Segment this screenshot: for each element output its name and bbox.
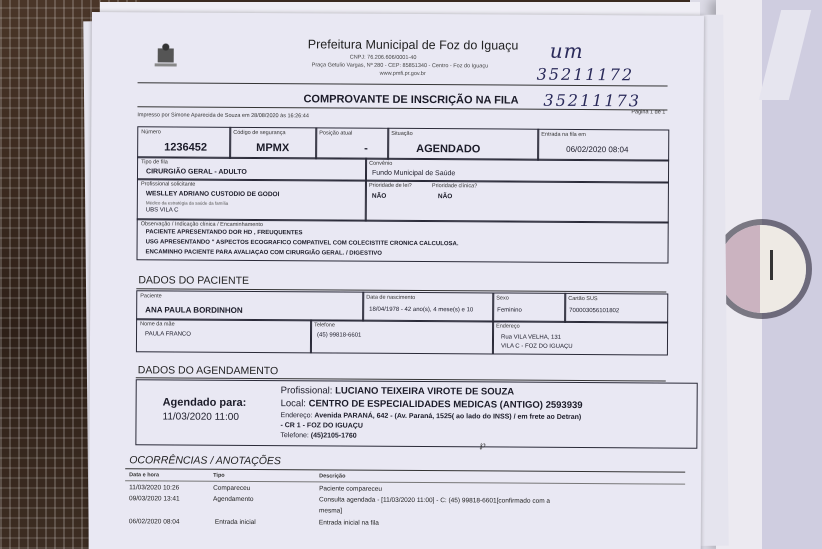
agendado-value: 11/03/2020 11:00 — [162, 411, 238, 422]
row-datetime: 09/03/2020 13:41 — [129, 495, 180, 502]
profissional-role: Médico da estratégia da saúde da família — [146, 200, 228, 206]
folder-slot — [770, 250, 773, 280]
occurrences-header-rule — [125, 480, 685, 484]
row-description: Consulta agendada - [11/03/2020 11:00] -… — [319, 496, 550, 504]
handwritten-note-3: 35211173 — [543, 91, 641, 111]
row-description: Paciente compareceu — [319, 485, 382, 492]
profissional-value: WESLLEY ADRIANO CUSTODIO DE GODOI — [146, 190, 280, 198]
city-crest-icon — [154, 37, 178, 69]
handwritten-note-2: 35211172 — [537, 65, 635, 85]
convenio-value: Fundo Municipal de Saúde — [372, 170, 455, 178]
telefone-value: (45) 99818-6601 — [317, 332, 361, 338]
numero-cell: Número 1236452 — [137, 126, 231, 159]
sched-telefone-value: (45)2105-1760 — [311, 432, 357, 439]
organization-address: Praça Getulio Vargas, Nº 280 - CEP: 8585… — [312, 62, 489, 69]
sched-profissional-label: Profissional: — [281, 385, 333, 396]
observacao-line: PACIENTE APRESENTANDO DOR HD , FREUQUENT… — [146, 229, 303, 236]
mae-label: Nome da mãe — [140, 321, 175, 327]
row-description: Entrada inicial na fila — [319, 519, 379, 526]
prioridade-lei-value: NÃO — [372, 193, 386, 200]
sched-local-value: CENTRO DE ESPECIALIDADES MEDICAS (ANTIGO… — [309, 398, 583, 411]
sched-profissional-value: LUCIANO TEIXEIRA VIROTE DE SOUZA — [335, 385, 514, 397]
sched-local-label: Local: — [281, 398, 306, 409]
sched-endereco-value: Avenida PARANÁ, 642 - (Av. Paraná, 1525(… — [314, 412, 581, 421]
codigo-value: MPMX — [256, 142, 289, 154]
profissional-unit: UBS VILA C — [146, 207, 179, 213]
posicao-label: Posição atual — [319, 130, 352, 136]
endereco-line-2: VILA C - FOZ DO IGUAÇU — [501, 344, 573, 350]
paciente-cell: Paciente ANA PAULA BORDINHON — [136, 290, 364, 321]
occurrences-section-title: OCORRÊNCIAS / ANOTAÇÕES — [129, 454, 281, 467]
tipo-label: Tipo de fila — [141, 159, 168, 165]
entrada-label: Entrada na fila em — [541, 132, 586, 138]
situacao-cell: Situação AGENDADO — [387, 128, 539, 161]
row-datetime: 06/02/2020 08:04 — [129, 518, 180, 525]
document-title: COMPROVANTE DE INSCRIÇÃO NA FILA — [303, 93, 518, 106]
prioridade-clinica-value: NÃO — [438, 193, 452, 200]
printed-by: Impresso por Simone Aparecida de Souza e… — [137, 112, 309, 119]
mae-cell: Nome da mãe PAULA FRANCO — [136, 318, 312, 353]
observacao-label: Observação / Indicação clínica / Encamin… — [141, 221, 263, 228]
sched-endereco-line-2: - CR 1 - FOZ DO IGUAÇU — [280, 422, 362, 430]
column-header-datetime: Data e hora — [129, 472, 159, 478]
posicao-cell: Posição atual - — [315, 127, 389, 159]
patient-section-title: DADOS DO PACIENTE — [138, 274, 249, 287]
entrada-value: 06/02/2020 08:04 — [566, 145, 628, 154]
row-description-cont: mesma] — [319, 507, 342, 514]
observacao-line: USG APRESENTANDO " ASPECTOS ECOGRAFICO C… — [146, 239, 459, 247]
sus-value: 700003056101802 — [569, 308, 619, 314]
schedule-section-title: DADOS DO AGENDAMENTO — [138, 364, 278, 377]
entrada-cell: Entrada na fila em 06/02/2020 08:04 — [537, 129, 669, 162]
nascimento-value: 18/04/1978 - 42 ano(s), 4 mese(s) e 10 — [369, 307, 473, 314]
convenio-label: Convênio — [369, 161, 392, 167]
prioridade-lei-label: Prioridade de lei? — [369, 183, 412, 189]
queue-receipt-document: Prefeitura Municipal de Foz do Iguaçu CN… — [89, 12, 704, 549]
tipo-value: CIRURGIÃO GERAL - ADULTO — [146, 168, 247, 176]
pen-mark: ℘ — [479, 439, 485, 450]
numero-label: Número — [141, 129, 161, 135]
telefone-cell: Telefone (45) 99818-6601 — [310, 319, 494, 354]
codigo-cell: Código de segurança MPMX — [229, 127, 317, 160]
handwritten-note-1: um — [550, 39, 584, 63]
observacao-cell: Observação / Indicação clínica / Encamin… — [136, 218, 668, 263]
sus-label: Cartão SUS — [568, 296, 597, 302]
column-header-type: Tipo — [213, 473, 225, 479]
organization-cnpj: CNPJ: 76.206.606/0001-40 — [350, 55, 417, 61]
page-number: Página 1 de 1 — [631, 109, 665, 115]
sched-telefone-label: Telefone: — [280, 432, 308, 439]
nascimento-label: Data de nascimento — [366, 295, 415, 301]
schedule-box: Agendado para: 11/03/2020 11:00 Profissi… — [135, 379, 697, 448]
column-header-description: Descrição — [319, 473, 345, 479]
nascimento-cell: Data de nascimento 18/04/1978 - 42 ano(s… — [362, 292, 494, 323]
posicao-value: - — [364, 143, 368, 155]
profissional-cell: Profissional solicitante WESLLEY ADRIANO… — [137, 178, 367, 221]
folder-finger-hole — [718, 225, 806, 313]
paciente-value: ANA PAULA BORDINHON — [145, 305, 243, 315]
prioridade-clinica-label: Prioridade clínica? — [432, 183, 477, 189]
paciente-label: Paciente — [140, 293, 161, 299]
endereco-cell: Endereço Rua VILA VELHA, 131 VILA C - FO… — [492, 320, 668, 355]
codigo-label: Código de segurança — [233, 130, 285, 136]
occurrences-rule — [125, 468, 685, 472]
sexo-label: Sexo — [496, 295, 509, 301]
situacao-label: Situação — [391, 131, 412, 137]
endereco-label: Endereço — [496, 323, 520, 329]
sched-endereco-label: Endereço: — [281, 412, 313, 419]
endereco-line-1: Rua VILA VELHA, 131 — [501, 335, 561, 341]
sexo-value: Feminino — [497, 307, 522, 313]
mae-value: PAULA FRANCO — [145, 331, 191, 337]
organization-name: Prefeitura Municipal de Foz do Iguaçu — [308, 37, 519, 52]
agendado-label: Agendado para: — [163, 396, 247, 409]
row-type: Agendamento — [213, 496, 254, 503]
row-type: Compareceu — [213, 485, 250, 492]
row-datetime: 11/03/2020 10:26 — [129, 484, 179, 491]
sexo-cell: Sexo Feminino — [492, 292, 566, 322]
telefone-label: Telefone — [314, 322, 335, 328]
sus-cell: Cartão SUS 700003056101802 — [564, 293, 668, 324]
observacao-line: ENCAMINHO PACIENTE PARA AVALIAÇAO COM CI… — [146, 249, 382, 256]
row-type: Entrada inicial — [215, 519, 256, 526]
situacao-value: AGENDADO — [416, 143, 480, 155]
numero-value: 1236452 — [164, 141, 207, 153]
profissional-label: Profissional solicitante — [141, 181, 195, 187]
prioridade-cell: Prioridade de lei? NÃO Prioridade clínic… — [365, 180, 669, 224]
organization-website: www.pmfi.pr.gov.br — [380, 71, 426, 77]
